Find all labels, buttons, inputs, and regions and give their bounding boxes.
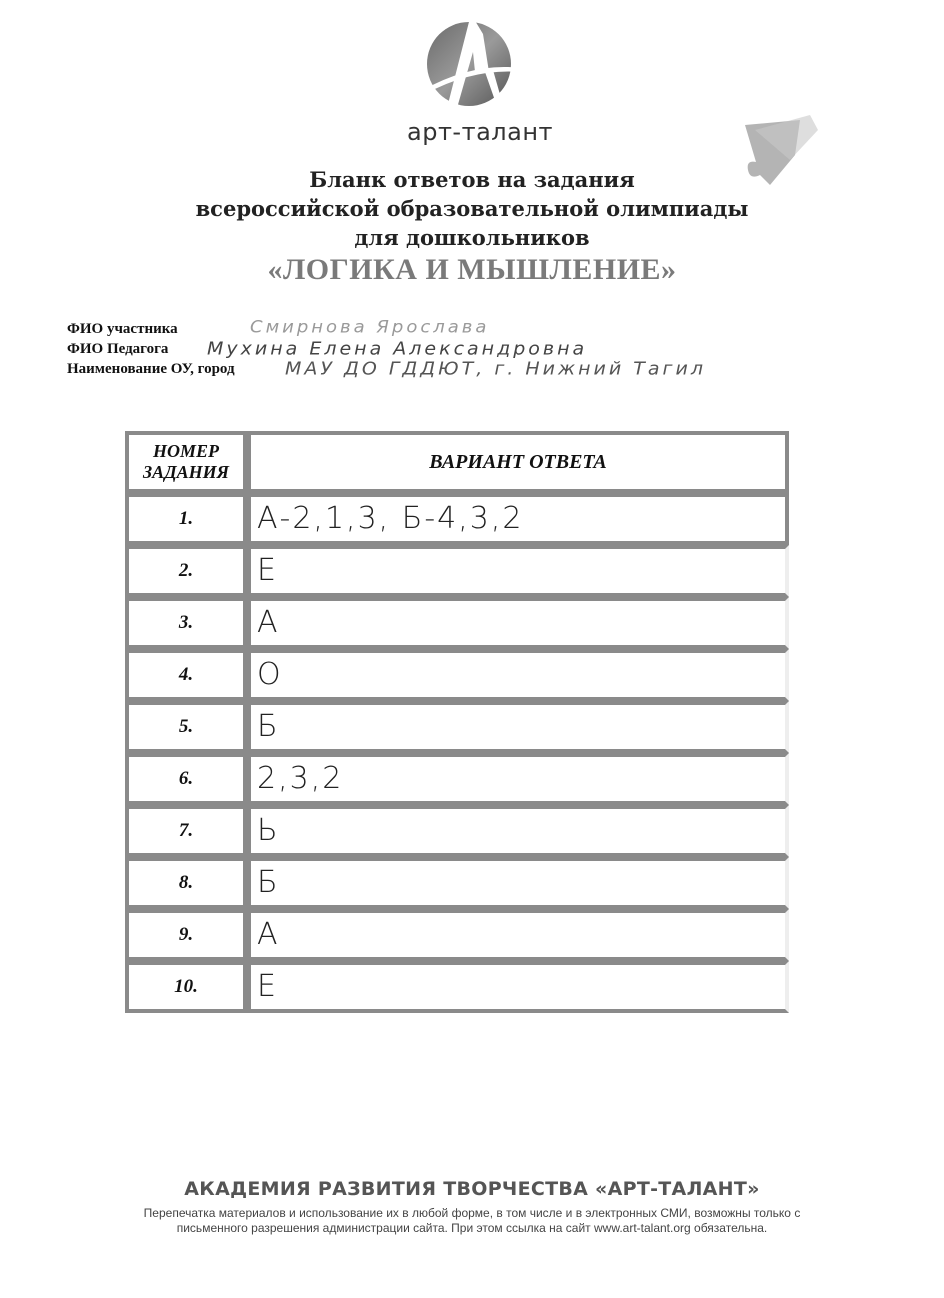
- task-number: 1.: [125, 493, 247, 545]
- answer-row: 1.А-2,1,3, Б-4,3,2: [125, 493, 789, 545]
- answer-cell[interactable]: А: [247, 597, 789, 649]
- header-task-number-line2: ЗАДАНИЯ: [129, 462, 243, 483]
- answer-row: 3.А: [125, 597, 789, 649]
- answer-cell[interactable]: А: [247, 909, 789, 961]
- footer-title: АКАДЕМИЯ РАЗВИТИЯ ТВОРЧЕСТВА «АРТ-ТАЛАНТ…: [60, 1178, 884, 1200]
- answer-cell[interactable]: О: [247, 649, 789, 701]
- header-answer: ВАРИАНТ ОТВЕТА: [247, 431, 789, 493]
- answer-cell[interactable]: 2,3,2: [247, 753, 789, 805]
- title-line-1: Бланк ответов на задания: [120, 165, 824, 194]
- task-number: 5.: [125, 701, 247, 753]
- footer: АКАДЕМИЯ РАЗВИТИЯ ТВОРЧЕСТВА «АРТ-ТАЛАНТ…: [60, 1178, 884, 1236]
- title-line-3: для дошкольников: [120, 223, 824, 252]
- answer-row: 10.Е: [125, 961, 789, 1013]
- participant-name-label: ФИО участника: [67, 321, 178, 338]
- footer-note-line-2: письменного разрешения администрации сай…: [60, 1221, 884, 1236]
- answer-row: 7.Ь: [125, 805, 789, 857]
- teacher-name-row: ФИО Педагога Мухина Елена Александровна: [67, 340, 827, 360]
- brand-name: арт-талант: [380, 118, 580, 146]
- answer-row: 8.Б: [125, 857, 789, 909]
- answer-cell[interactable]: Б: [247, 857, 789, 909]
- answer-row: 9.А: [125, 909, 789, 961]
- answer-table-header: НОМЕР ЗАДАНИЯ ВАРИАНТ ОТВЕТА: [125, 431, 789, 493]
- title-line-2: всероссийской образовательной олимпиады: [120, 194, 824, 223]
- task-number: 7.: [125, 805, 247, 857]
- form-title: Бланк ответов на задания всероссийской о…: [120, 165, 824, 287]
- answer-row: 2.Е: [125, 545, 789, 597]
- participant-name-row: ФИО участника Смирнова Ярослава: [67, 320, 827, 340]
- olympiad-name: «ЛОГИКА И МЫШЛЕНИЕ»: [120, 253, 824, 287]
- header-task-number-line1: НОМЕР: [129, 441, 243, 462]
- task-number: 6.: [125, 753, 247, 805]
- task-number: 8.: [125, 857, 247, 909]
- answer-cell[interactable]: Б: [247, 701, 789, 753]
- task-number: 9.: [125, 909, 247, 961]
- participant-info: ФИО участника Смирнова Ярослава ФИО Педа…: [67, 320, 827, 380]
- task-number: 10.: [125, 961, 247, 1013]
- task-number: 3.: [125, 597, 247, 649]
- task-number: 4.: [125, 649, 247, 701]
- answer-cell[interactable]: Е: [247, 545, 789, 597]
- answer-cell[interactable]: А-2,1,3, Б-4,3,2: [247, 493, 789, 545]
- answer-cell[interactable]: Е: [247, 961, 789, 1013]
- header-task-number: НОМЕР ЗАДАНИЯ: [125, 431, 247, 493]
- footer-note-line-1: Перепечатка материалов и использование и…: [60, 1206, 884, 1221]
- task-number: 2.: [125, 545, 247, 597]
- institution-label: Наименование ОУ, город: [67, 361, 235, 378]
- answer-row: 4.О: [125, 649, 789, 701]
- teacher-name-value[interactable]: Мухина Елена Александровна: [207, 339, 587, 360]
- art-talant-logo-icon: [413, 12, 525, 112]
- institution-value[interactable]: МАУ ДО ГДДЮТ, г. Нижний Тагил: [285, 359, 706, 380]
- teacher-name-label: ФИО Педагога: [67, 341, 168, 358]
- participant-name-value[interactable]: Смирнова Ярослава: [250, 318, 489, 338]
- answer-table: НОМЕР ЗАДАНИЯ ВАРИАНТ ОТВЕТА 1.А-2,1,3, …: [125, 431, 789, 1013]
- answer-row: 5.Б: [125, 701, 789, 753]
- answer-cell[interactable]: Ь: [247, 805, 789, 857]
- answer-row: 6.2,3,2: [125, 753, 789, 805]
- institution-row: Наименование ОУ, город МАУ ДО ГДДЮТ, г. …: [67, 360, 827, 380]
